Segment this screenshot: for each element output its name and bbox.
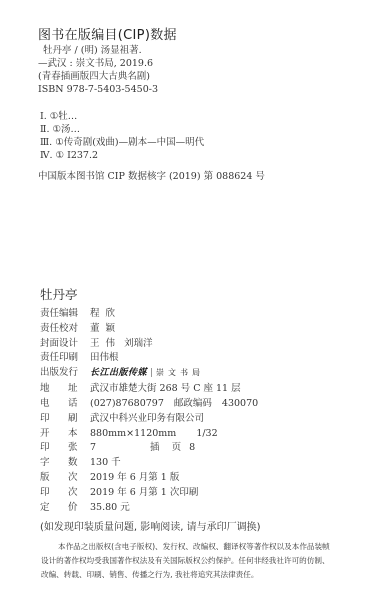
detail-extra-value: 1/32 [196, 428, 217, 440]
detail-extra-label: 邮政编码 [174, 398, 212, 410]
detail-label-a: 地 [40, 383, 68, 395]
detail-label-a: 字 [40, 457, 68, 469]
detail-row-sheets: 印张7插 页8 [40, 442, 195, 454]
detail-row-price: 定价35.80 元 [40, 502, 130, 514]
credit-label: 封面设计 [40, 338, 90, 350]
credit-label: 责任印刷 [40, 352, 90, 364]
detail-label-a: 印 [40, 442, 68, 454]
detail-label-a: 电 [40, 398, 68, 410]
credit-value: 程 欣 [90, 308, 115, 320]
credit-row-editor: 责任编辑程 欣 [40, 308, 115, 320]
credit-value: 田伟根 [90, 352, 119, 364]
detail-label-a: 印 [40, 487, 68, 499]
cip-line-title-author: 牡丹亭 / (明) 汤显祖著. [43, 45, 142, 57]
cip-subject-1: Ⅰ. ①牡… [40, 111, 77, 123]
detail-label-b: 次 [68, 487, 78, 498]
detail-value: 武汉市雄楚大街 268 号 C 座 11 层 [90, 383, 241, 395]
detail-value: 武汉中科兴业印务有限公司 [90, 413, 204, 425]
book-title: 牡丹亭 [40, 285, 78, 303]
detail-label-a: 印 [40, 413, 68, 425]
detail-row-edition: 版次2019 年 6 月第 1 版 [40, 472, 179, 484]
publisher-logo-main: 长江出版传媒 [90, 367, 147, 379]
credit-value: 董 颖 [90, 323, 115, 335]
detail-row-printer: 印刷武汉中科兴业印务有限公司 [40, 413, 204, 425]
quality-notice: (如发现印装质量问题, 影响阅读, 请与承印厂调换) [40, 518, 261, 533]
detail-extra-value: 8 [189, 442, 195, 454]
credit-row-cover-design: 封面设计王 伟 刘瑞洋 [40, 338, 153, 350]
cip-subject-2: Ⅱ. ①汤… [40, 124, 80, 136]
cip-verification-number: 中国版本图书馆 CIP 数据核字 (2019) 第 088624 号 [38, 171, 265, 183]
credit-value: 王 伟 刘瑞洋 [90, 338, 153, 350]
credit-row-print-supervisor: 责任印刷田伟根 [40, 352, 119, 364]
copyright-paragraph: 本作品之出版权(含电子版权)、发行权、改编权、翻译权等著作权以及本作品装帧设计的… [41, 540, 331, 582]
detail-label-b: 价 [68, 502, 78, 513]
detail-value: 2019 年 6 月第 1 版 [90, 472, 179, 484]
detail-label-b: 话 [68, 398, 78, 409]
detail-value: 130 千 [90, 457, 121, 469]
cip-line-series: (青春插画版四大古典名剧) [38, 71, 150, 83]
detail-label-a: 版 [40, 472, 68, 484]
detail-row-phone: 电话(027)87680797邮政编码430070 [40, 398, 258, 410]
publisher-label: 出版发行 [40, 367, 90, 379]
detail-extra-value: 430070 [222, 398, 258, 410]
detail-row-address: 地址武汉市雄楚大街 268 号 C 座 11 层 [40, 383, 241, 395]
detail-extra-label: 插 页 [150, 442, 181, 454]
detail-row-printing: 印次2019 年 6 月第 1 次印刷 [40, 487, 198, 499]
detail-value: (027)87680797 [90, 398, 164, 410]
detail-label-b: 本 [68, 428, 78, 439]
detail-value: 7 [90, 442, 150, 454]
credit-label: 责任编辑 [40, 308, 90, 320]
logo-divider [151, 368, 152, 377]
credit-label: 责任校对 [40, 323, 90, 335]
cip-subject-3: Ⅲ. ①传奇剧(戏曲)—剧本—中国—明代 [40, 137, 204, 149]
detail-label-b: 张 [68, 442, 78, 453]
detail-label-b: 刷 [68, 413, 78, 424]
detail-label-a: 定 [40, 502, 68, 514]
detail-row-format: 开本880mm×1120mm1/32 [40, 428, 218, 440]
publisher-logo-secondary: 崇文书局 [156, 367, 204, 379]
cip-line-isbn: ISBN 978-7-5403-5450-3 [38, 84, 158, 96]
detail-label-b: 址 [68, 383, 78, 394]
detail-value: 2019 年 6 月第 1 次印刷 [90, 487, 198, 499]
cip-line-publisher: —武汉 : 崇文书局, 2019.6 [38, 58, 153, 70]
detail-value: 880mm×1120mm [90, 428, 176, 440]
detail-label-b: 次 [68, 472, 78, 483]
cip-subject-4: Ⅳ. ① I237.2 [40, 150, 98, 162]
detail-label-a: 开 [40, 428, 68, 440]
credit-row-proofreader: 责任校对董 颖 [40, 323, 115, 335]
detail-row-word-count: 字数130 千 [40, 457, 121, 469]
detail-value: 35.80 元 [90, 502, 130, 514]
publisher-row: 出版发行长江出版传媒崇文书局 [40, 367, 204, 379]
copyright-statement: 本作品之出版权(含电子版权)、发行权、改编权、翻译权等著作权以及本作品装帧设计的… [41, 540, 331, 582]
detail-label-b: 数 [68, 457, 78, 468]
cip-heading: 图书在版编目(CIP)数据 [38, 24, 177, 43]
